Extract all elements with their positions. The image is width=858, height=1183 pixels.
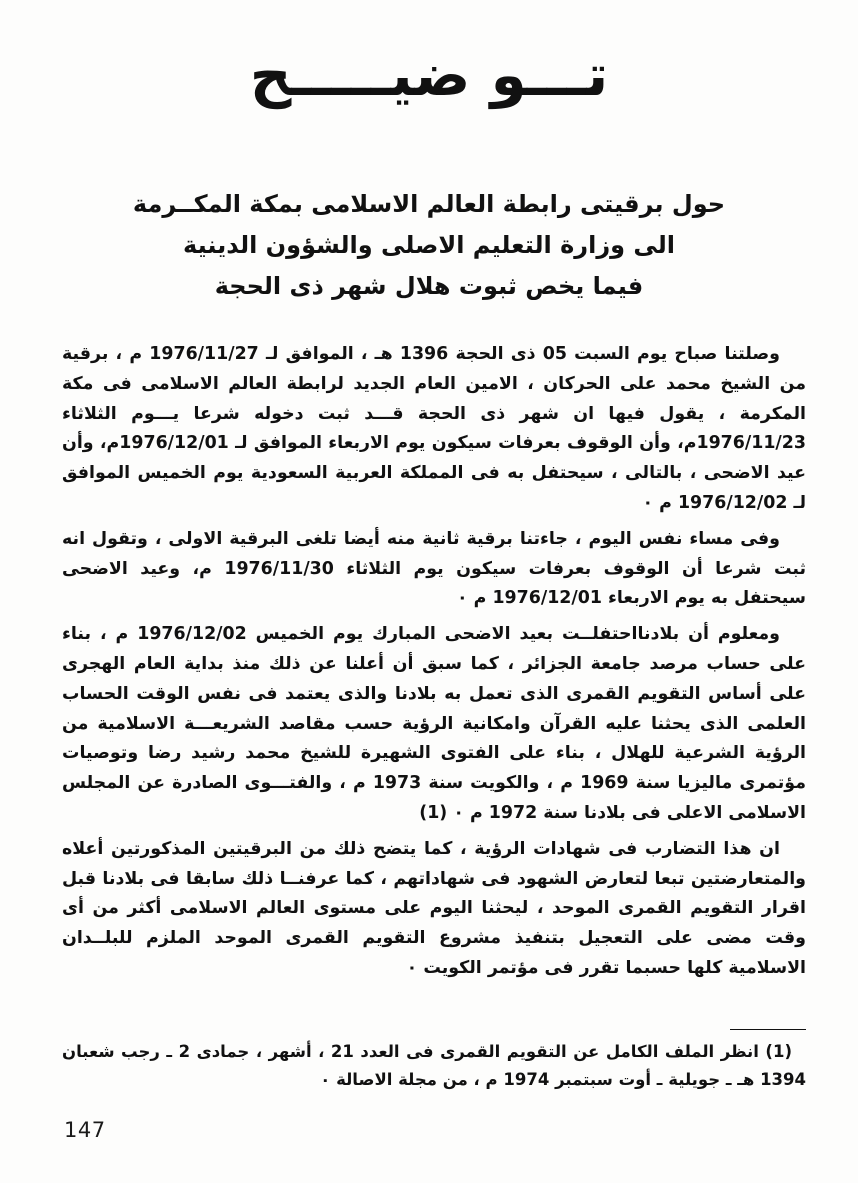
body-text: وصلتنا صباح يوم السبت 05 ذى الحجة 1396 ه…	[62, 340, 806, 990]
page-title: تـــو ضيـــــح	[0, 40, 858, 110]
footnote: (1) انظر الملف الكامل عن التقويم القمرى …	[62, 1038, 806, 1094]
subtitle-line: حول برقيتى رابطة العالم الاسلامى بمكة ال…	[0, 184, 858, 225]
subtitle-block: حول برقيتى رابطة العالم الاسلامى بمكة ال…	[0, 184, 858, 307]
footnote-text: (1) انظر الملف الكامل عن التقويم القمرى …	[62, 1038, 806, 1094]
page-number: 147	[64, 1118, 106, 1142]
subtitle-line: الى وزارة التعليم الاصلى والشؤون الدينية	[0, 225, 858, 266]
footnote-divider	[730, 1029, 806, 1030]
paragraph: ومعلوم أن بلادنااحتفلــت بعيد الاضحى الم…	[62, 620, 806, 829]
subtitle-line: فيما يخص ثبوت هلال شهر ذى الحجة	[0, 266, 858, 307]
paragraph: ان هذا التضارب فى شهادات الرؤية ، كما يت…	[62, 835, 806, 984]
paragraph: وصلتنا صباح يوم السبت 05 ذى الحجة 1396 ه…	[62, 340, 806, 519]
document-page: تـــو ضيـــــح حول برقيتى رابطة العالم ا…	[0, 0, 858, 1183]
paragraph: وفى مساء نفس اليوم ، جاءتنا برقية ثانية …	[62, 525, 806, 614]
